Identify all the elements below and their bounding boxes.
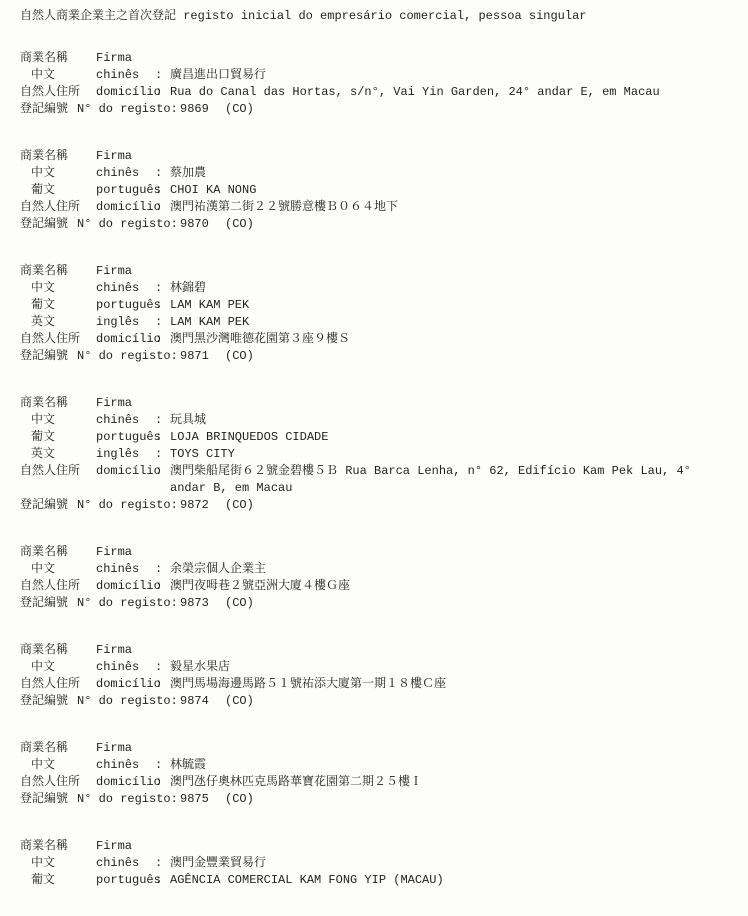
registry-label-pt: N° do registo: (77, 497, 178, 514)
field-value: TOYS CITY (170, 446, 725, 463)
registry-number-row: 登記編號N° do registo:9874(CO) (0, 693, 748, 710)
colon-separator: : (155, 165, 162, 182)
registry-entry: 商業名稱Firma中文chinês:毅星水果店自然人住所domicílio:澳門… (0, 642, 748, 710)
field-label-pt: domicílio (96, 774, 161, 791)
field-label-pt: domicílio (96, 676, 161, 693)
field-row-domicile: 自然人住所domicílio:澳門馬場海邊馬路５１號祐添大廈第一期１８樓Ｃ座 (0, 676, 748, 693)
registry-label-zh: 登記編號 (20, 693, 68, 710)
registry-suffix: (CO) (225, 348, 254, 365)
field-label-zh: 自然人住所 (20, 199, 80, 216)
field-label-zh: 中文 (31, 757, 55, 774)
colon-separator: : (155, 297, 162, 314)
colon-separator: : (155, 446, 162, 463)
registry-label-pt: N° do registo: (77, 216, 178, 233)
colon-separator: : (155, 182, 162, 199)
registry-number-row: 登記編號N° do registo:9875(CO) (0, 791, 748, 808)
field-value: 玩具城 (170, 412, 725, 429)
field-label-zh: 中文 (31, 165, 55, 182)
firm-label-chinese: 商業名稱 (20, 544, 68, 561)
registry-number: 9875 (180, 791, 209, 808)
field-row-portuguese-name: 葡文português:CHOI KA NONG (0, 182, 748, 199)
field-label-pt: chinês (96, 67, 139, 84)
registry-number-row: 登記編號N° do registo:9872(CO) (0, 497, 748, 514)
registry-label-pt: N° do registo: (77, 791, 178, 808)
field-value: AGÊNCIA COMERCIAL KAM FONG YIP (MACAU) (170, 872, 725, 889)
colon-separator: : (155, 676, 162, 693)
firm-header-row: 商業名稱Firma (0, 395, 748, 412)
registry-label-zh: 登記編號 (20, 348, 68, 365)
registry-entry: 商業名稱Firma中文chinês:澳門金豐業貿易行葡文português:AG… (0, 838, 748, 889)
registry-number: 9871 (180, 348, 209, 365)
field-label-pt: português (96, 297, 161, 314)
colon-separator: : (155, 872, 162, 889)
registry-suffix: (CO) (225, 216, 254, 233)
field-label-pt: português (96, 872, 161, 889)
colon-separator: : (155, 67, 162, 84)
field-value: Rua do Canal das Hortas, s/n°, Vai Yin G… (170, 84, 725, 101)
field-label-zh: 葡文 (31, 297, 55, 314)
colon-separator: : (155, 855, 162, 872)
registry-number-row: 登記編號N° do registo:9869(CO) (0, 101, 748, 118)
field-label-pt: domicílio (96, 199, 161, 216)
field-value: CHOI KA NONG (170, 182, 725, 199)
registry-suffix: (CO) (225, 693, 254, 710)
field-label-zh: 中文 (31, 280, 55, 297)
registry-label-zh: 登記編號 (20, 216, 68, 233)
field-row-english-name: 英文inglês:LAM KAM PEK (0, 314, 748, 331)
colon-separator: : (155, 84, 162, 101)
field-label-pt: chinês (96, 165, 139, 182)
registry-suffix: (CO) (225, 791, 254, 808)
field-label-pt: domicílio (96, 578, 161, 595)
field-value: 澳門黑沙灣唯德花園第３座９樓Ｓ (170, 331, 725, 348)
registry-label-zh: 登記編號 (20, 101, 68, 118)
firm-label-portuguese: Firma (96, 263, 132, 280)
field-row-chinese-name: 中文chinês:毅星水果店 (0, 659, 748, 676)
registry-entry: 商業名稱Firma中文chinês:廣昌進出口貿易行自然人住所domicílio… (0, 50, 748, 118)
field-row-chinese-name: 中文chinês:澳門金豐業貿易行 (0, 855, 748, 872)
registry-label-zh: 登記編號 (20, 497, 68, 514)
field-value: LOJA BRINQUEDOS CIDADE (170, 429, 725, 446)
field-label-zh: 自然人住所 (20, 774, 80, 791)
registry-label-pt: N° do registo: (77, 101, 178, 118)
colon-separator: : (155, 774, 162, 791)
field-row-portuguese-name: 葡文português:LAM KAM PEK (0, 297, 748, 314)
field-label-pt: inglês (96, 314, 139, 331)
registry-number-row: 登記編號N° do registo:9870(CO) (0, 216, 748, 233)
field-value: 澳門夜呣巷２號亞洲大廈４樓Ｇ座 (170, 578, 725, 595)
field-label-zh: 葡文 (31, 429, 55, 446)
field-row-portuguese-name: 葡文português:AGÊNCIA COMERCIAL KAM FONG Y… (0, 872, 748, 889)
colon-separator: : (155, 463, 162, 480)
firm-label-portuguese: Firma (96, 395, 132, 412)
field-label-zh: 中文 (31, 659, 55, 676)
field-row-chinese-name: 中文chinês:廣昌進出口貿易行 (0, 67, 748, 84)
firm-label-portuguese: Firma (96, 838, 132, 855)
field-label-pt: chinês (96, 280, 139, 297)
colon-separator: : (155, 659, 162, 676)
registry-suffix: (CO) (225, 101, 254, 118)
registry-label-zh: 登記編號 (20, 791, 68, 808)
field-row-domicile: 自然人住所domicílio:澳門柴船尾街６２號金碧樓５Ｂ Rua Barca … (0, 463, 748, 497)
field-label-pt: inglês (96, 446, 139, 463)
field-row-chinese-name: 中文chinês:蔡加農 (0, 165, 748, 182)
registry-label-pt: N° do registo: (77, 693, 178, 710)
field-value: LAM KAM PEK (170, 297, 725, 314)
field-label-zh: 自然人住所 (20, 463, 80, 480)
registry-suffix: (CO) (225, 497, 254, 514)
field-value: 澳門金豐業貿易行 (170, 855, 725, 872)
field-label-zh: 自然人住所 (20, 676, 80, 693)
firm-label-chinese: 商業名稱 (20, 642, 68, 659)
field-row-domicile: 自然人住所domicílio:澳門祐漢第二街２２號勝意樓Ｂ０６４地下 (0, 199, 748, 216)
field-value: 廣昌進出口貿易行 (170, 67, 725, 84)
colon-separator: : (155, 199, 162, 216)
firm-label-portuguese: Firma (96, 544, 132, 561)
field-label-pt: chinês (96, 855, 139, 872)
field-label-zh: 英文 (31, 446, 55, 463)
field-label-zh: 葡文 (31, 872, 55, 889)
field-value: 林錦碧 (170, 280, 725, 297)
field-value: 林毓霞 (170, 757, 725, 774)
field-row-portuguese-name: 葡文português:LOJA BRINQUEDOS CIDADE (0, 429, 748, 446)
field-label-pt: chinês (96, 561, 139, 578)
colon-separator: : (155, 331, 162, 348)
firm-header-row: 商業名稱Firma (0, 263, 748, 280)
registry-label-zh: 登記編號 (20, 595, 68, 612)
field-label-pt: chinês (96, 757, 139, 774)
registry-label-pt: N° do registo: (77, 595, 178, 612)
field-row-chinese-name: 中文chinês:余榮宗個人企業主 (0, 561, 748, 578)
field-label-zh: 自然人住所 (20, 578, 80, 595)
field-row-chinese-name: 中文chinês:林錦碧 (0, 280, 748, 297)
firm-label-chinese: 商業名稱 (20, 263, 68, 280)
page-title-chinese: 自然人商業企業主之首次登記 (20, 9, 176, 23)
field-value: 澳門祐漢第二街２２號勝意樓Ｂ０６４地下 (170, 199, 725, 216)
field-row-english-name: 英文inglês:TOYS CITY (0, 446, 748, 463)
registry-entry: 商業名稱Firma中文chinês:蔡加農葡文português:CHOI KA… (0, 148, 748, 233)
entries-list: 商業名稱Firma中文chinês:廣昌進出口貿易行自然人住所domicílio… (0, 50, 748, 889)
colon-separator: : (155, 429, 162, 446)
field-label-zh: 中文 (31, 561, 55, 578)
registry-suffix: (CO) (225, 595, 254, 612)
field-value: LAM KAM PEK (170, 314, 725, 331)
firm-label-chinese: 商業名稱 (20, 50, 68, 67)
colon-separator: : (155, 280, 162, 297)
firm-label-chinese: 商業名稱 (20, 395, 68, 412)
field-label-zh: 英文 (31, 314, 55, 331)
firm-label-chinese: 商業名稱 (20, 148, 68, 165)
field-value: 澳門氹仔奧林匹克馬路華寶花園第二期２５樓Ｉ (170, 774, 725, 791)
field-label-pt: domicílio (96, 331, 161, 348)
firm-header-row: 商業名稱Firma (0, 544, 748, 561)
colon-separator: : (155, 561, 162, 578)
field-label-zh: 中文 (31, 855, 55, 872)
firm-label-chinese: 商業名稱 (20, 838, 68, 855)
firm-label-portuguese: Firma (96, 50, 132, 67)
colon-separator: : (155, 314, 162, 331)
registry-entry: 商業名稱Firma中文chinês:林錦碧葡文português:LAM KAM… (0, 263, 748, 365)
registry-number: 9873 (180, 595, 209, 612)
colon-separator: : (155, 757, 162, 774)
colon-separator: : (155, 578, 162, 595)
field-label-pt: chinês (96, 659, 139, 676)
firm-header-row: 商業名稱Firma (0, 50, 748, 67)
field-label-pt: domicílio (96, 84, 161, 101)
field-label-zh: 中文 (31, 412, 55, 429)
page-title-portuguese: registo inicial do empresário comercial,… (183, 9, 586, 23)
field-row-domicile: 自然人住所domicílio:Rua do Canal das Hortas, … (0, 84, 748, 101)
field-row-domicile: 自然人住所domicílio:澳門夜呣巷２號亞洲大廈４樓Ｇ座 (0, 578, 748, 595)
registry-entry: 商業名稱Firma中文chinês:余榮宗個人企業主自然人住所domicílio… (0, 544, 748, 612)
firm-label-portuguese: Firma (96, 642, 132, 659)
field-value: 毅星水果店 (170, 659, 725, 676)
registry-number: 9869 (180, 101, 209, 118)
field-label-pt: português (96, 182, 161, 199)
field-value: 余榮宗個人企業主 (170, 561, 725, 578)
field-label-zh: 葡文 (31, 182, 55, 199)
field-value: 澳門柴船尾街６２號金碧樓５Ｂ Rua Barca Lenha, n° 62, E… (170, 463, 725, 497)
firm-header-row: 商業名稱Firma (0, 642, 748, 659)
registry-number: 9874 (180, 693, 209, 710)
registry-entry: 商業名稱Firma中文chinês:玩具城葡文português:LOJA BR… (0, 395, 748, 514)
firm-label-portuguese: Firma (96, 148, 132, 165)
field-label-zh: 中文 (31, 67, 55, 84)
firm-header-row: 商業名稱Firma (0, 148, 748, 165)
firm-header-row: 商業名稱Firma (0, 838, 748, 855)
field-value: 澳門馬場海邊馬路５１號祐添大廈第一期１８樓Ｃ座 (170, 676, 725, 693)
firm-label-portuguese: Firma (96, 740, 132, 757)
page-title: 自然人商業企業主之首次登記 registo inicial do empresá… (0, 8, 748, 25)
field-row-domicile: 自然人住所domicílio:澳門黑沙灣唯德花園第３座９樓Ｓ (0, 331, 748, 348)
registry-number: 9870 (180, 216, 209, 233)
field-label-pt: chinês (96, 412, 139, 429)
registry-label-pt: N° do registo: (77, 348, 178, 365)
registry-number-row: 登記編號N° do registo:9873(CO) (0, 595, 748, 612)
registry-entry: 商業名稱Firma中文chinês:林毓霞自然人住所domicílio:澳門氹仔… (0, 740, 748, 808)
firm-label-chinese: 商業名稱 (20, 740, 68, 757)
colon-separator: : (155, 412, 162, 429)
field-label-pt: domicílio (96, 463, 161, 480)
registry-number-row: 登記編號N° do registo:9871(CO) (0, 348, 748, 365)
field-row-chinese-name: 中文chinês:玩具城 (0, 412, 748, 429)
field-row-domicile: 自然人住所domicílio:澳門氹仔奧林匹克馬路華寶花園第二期２５樓Ｉ (0, 774, 748, 791)
field-label-zh: 自然人住所 (20, 331, 80, 348)
field-value: 蔡加農 (170, 165, 725, 182)
field-row-chinese-name: 中文chinês:林毓霞 (0, 757, 748, 774)
field-label-pt: português (96, 429, 161, 446)
firm-header-row: 商業名稱Firma (0, 740, 748, 757)
registry-number: 9872 (180, 497, 209, 514)
field-label-zh: 自然人住所 (20, 84, 80, 101)
